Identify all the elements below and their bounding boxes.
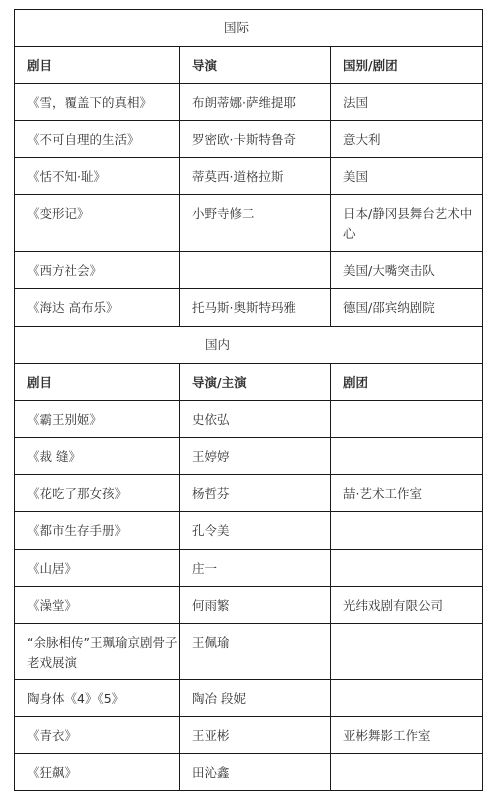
section-title-domestic: 国内 [15,327,483,364]
header-director: 导演 [180,47,331,84]
cell-company [331,754,483,791]
table-row: 《青衣》 王亚彬 亚彬舞影工作室 [15,717,483,754]
cell-director: 史依弘 [180,401,331,438]
header-company: 剧团 [331,364,483,401]
cell-director: 陶冶 段妮 [180,680,331,717]
cell-origin: 意大利 [331,121,483,158]
cell-director: 罗密欧·卡斯特鲁奇 [180,121,331,158]
cell-title: 《变形记》 [15,195,180,252]
cell-director: 孔令美 [180,512,331,550]
cell-company: 亚彬舞影工作室 [331,717,483,754]
cell-origin: 美国/大嘴突击队 [331,252,483,289]
table-row: 《花吃了那女孩》 杨哲芬 喆·艺术工作室 [15,475,483,512]
table-row: 《裁 缝》 王婷婷 [15,438,483,475]
table-row: 《西方社会》 美国/大嘴突击队 [15,252,483,289]
table-row: 《山居》 庄一 [15,550,483,587]
cell-title: 《不可自理的生活》 [15,121,180,158]
table-row: 《狂飙》 田沁鑫 [15,754,483,791]
cell-director: 小野寺修二 [180,195,331,252]
header-title: 剧目 [15,47,180,84]
cell-title: 《青衣》 [15,717,180,754]
cell-origin: 日本/静冈县舞台艺术中心 [331,195,483,252]
festival-lineup-table: 国际 剧目 导演 国别/剧团 《雪，覆盖下的真相》 布朗蒂娜·萨维提耶 法国 《… [14,9,483,791]
table-row: 《雪，覆盖下的真相》 布朗蒂娜·萨维提耶 法国 [15,84,483,121]
cell-title: 《都市生存手册》 [15,512,180,550]
cell-origin: 美国 [331,158,483,195]
header-row-domestic: 剧目 导演/主演 剧团 [15,364,483,401]
cell-company [331,438,483,475]
cell-title: 《澡堂》 [15,587,180,624]
cell-title: 《裁 缝》 [15,438,180,475]
cell-company [331,550,483,587]
cell-title: 陶身体《4》《5》 [15,680,180,717]
table-row: 《海达 高布乐》 托马斯·奥斯特玛雅 德国/邵宾纳剧院 [15,289,483,327]
header-origin: 国别/剧团 [331,47,483,84]
cell-company: 喆·艺术工作室 [331,475,483,512]
table-row: 《不可自理的生活》 罗密欧·卡斯特鲁奇 意大利 [15,121,483,158]
header-title: 剧目 [15,364,180,401]
cell-title: 《雪，覆盖下的真相》 [15,84,180,121]
cell-title: 《西方社会》 [15,252,180,289]
cell-title: 《狂飙》 [15,754,180,791]
table-row: 《霸王别姬》 史依弘 [15,401,483,438]
cell-title: 《花吃了那女孩》 [15,475,180,512]
cell-director: 杨哲芬 [180,475,331,512]
cell-director: 蒂莫西·道格拉斯 [180,158,331,195]
cell-company [331,512,483,550]
table-row: 《变形记》 小野寺修二 日本/静冈县舞台艺术中心 [15,195,483,252]
cell-director: 王佩瑜 [180,624,331,680]
table-row: 《澡堂》 何雨繁 光纬戏剧有限公司 [15,587,483,624]
cell-title: 《山居》 [15,550,180,587]
table-row: “余脉相传”王珮瑜京剧骨子老戏展演 王佩瑜 [15,624,483,680]
table-row: 陶身体《4》《5》 陶冶 段妮 [15,680,483,717]
cell-company [331,401,483,438]
cell-director: 王亚彬 [180,717,331,754]
cell-company [331,680,483,717]
table-row: 《都市生存手册》 孔令美 [15,512,483,550]
cell-director [180,252,331,289]
section-row-international: 国际 [15,10,483,47]
cell-director: 布朗蒂娜·萨维提耶 [180,84,331,121]
section-title-international: 国际 [15,10,483,47]
cell-director: 庄一 [180,550,331,587]
cell-director: 托马斯·奥斯特玛雅 [180,289,331,327]
cell-title: “余脉相传”王珮瑜京剧骨子老戏展演 [15,624,180,680]
header-row-international: 剧目 导演 国别/剧团 [15,47,483,84]
cell-director: 王婷婷 [180,438,331,475]
section-row-domestic: 国内 [15,327,483,364]
cell-director: 田沁鑫 [180,754,331,791]
cell-title: 《海达 高布乐》 [15,289,180,327]
cell-title: 《霸王别姬》 [15,401,180,438]
header-director-performer: 导演/主演 [180,364,331,401]
table-row: 《恬不知·耻》 蒂莫西·道格拉斯 美国 [15,158,483,195]
cell-company: 光纬戏剧有限公司 [331,587,483,624]
cell-origin: 德国/邵宾纳剧院 [331,289,483,327]
cell-director: 何雨繁 [180,587,331,624]
cell-title: 《恬不知·耻》 [15,158,180,195]
cell-company [331,624,483,680]
cell-origin: 法国 [331,84,483,121]
